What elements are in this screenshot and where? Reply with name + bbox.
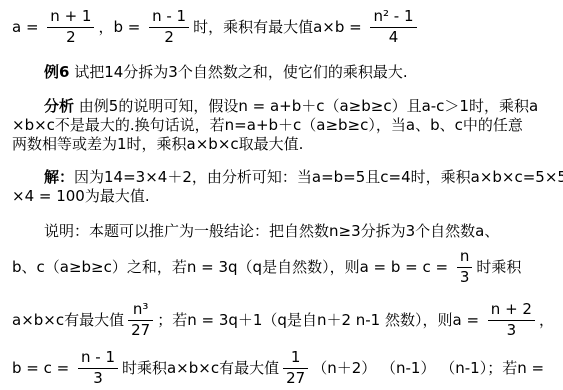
text-run: ，b = [98,18,145,37]
remark-line-1: 说明：本题可以推广为一般结论：把自然数n≥3分拆为3个自然数a、 [12,222,557,241]
fraction: n + 12 [47,9,94,46]
text-run: 两数相等或差为1时，乘积a×b×c取最大值. [12,135,303,154]
text-run: b = c = [12,359,74,378]
text-run: 试把14分拆为3个自然数之和，使它们的乘积最大. [69,63,407,82]
fraction-denominator: 3 [504,321,520,339]
analysis-line-3: 两数相等或差为1时，乘积a×b×c取最大值. [12,135,557,154]
example6-heading-line: 例6 试把14分拆为3个自然数之和，使它们的乘积最大. [12,63,557,82]
bold-label: 例6 [44,63,69,82]
fraction: n3 [457,249,473,286]
bold-label: 解： [44,168,74,187]
fraction-numerator: n [457,249,473,267]
fraction-denominator: 2 [161,28,177,46]
fraction-numerator: n - 1 [149,9,189,27]
fraction-numerator: n² - 1 [370,9,416,27]
fraction-denominator: 4 [386,28,402,46]
formula-line-ab-max: a = n + 12，b = n - 12时，乘积有最大值a×b = n² - … [12,4,557,50]
text-run: 时，乘积有最大值a×b = [193,18,366,37]
text-run: 时乘积 [476,258,521,277]
solution-line-1: 解：因为14=3×4＋2，由分析可知：当a=b=5且c=4时，乘积a×b×c=5… [12,168,557,187]
analysis-line-2: ×b×c不是最大的.换句话说，若n=a+b＋c（a≥b≥c），当a、b、c中的任… [12,116,557,135]
text-run: ， [539,311,554,330]
fraction: 127 [283,350,308,387]
fraction-denominator: 3 [457,268,473,286]
fraction-numerator: 1 [288,350,304,368]
solution-line-2: ×4 = 100为最大值. [12,187,557,206]
math-document-page: a = n + 12，b = n - 12时，乘积有最大值a×b = n² - … [0,0,563,390]
bold-label: 分析 [44,97,74,116]
fraction-denominator: 2 [63,28,79,46]
text-run: 由例5的说明可知，假设n = a+b＋c（a≥b≥c）且a-c＞1时，乘积a [74,97,538,116]
fraction: n³27 [128,302,153,339]
text-run: a×b×c有最大值 [12,311,124,330]
remark-line-4: b = c = n - 13时乘积a×b×c有最大值127（n＋2） （n-1）… [12,345,557,390]
fraction-numerator: n³ [130,302,152,320]
text-run: 因为14=3×4＋2，由分析可知：当a=b=5且c=4时，乘积a×b×c=5×5 [74,168,563,187]
fraction: n - 12 [149,9,189,46]
text-run: ×4 = 100为最大值. [12,187,150,206]
text-run: 说明：本题可以推广为一般结论：把自然数n≥3分拆为3个自然数a、 [44,222,499,241]
text-run: ×b×c不是最大的.换句话说，若n=a+b＋c（a≥b≥c），当a、b、c中的任… [12,116,523,135]
text-run: （n＋2） （n-1） （n-1）；若n = [312,359,544,378]
analysis-line-1: 分析 由例5的说明可知，假设n = a+b＋c（a≥b≥c）且a-c＞1时，乘积… [12,97,557,116]
fraction: n + 23 [488,302,535,339]
fraction-denominator: 3 [90,369,106,387]
fraction: n² - 14 [370,9,416,46]
fraction-denominator: 27 [283,369,308,387]
text-run: 时乘积a×b×c有最大值 [122,359,279,378]
math-document-body: a = n + 12，b = n - 12时，乘积有最大值a×b = n² - … [12,4,557,390]
text-run: ；若n = 3q＋1（q是自n＋2 n-1 然数），则a = [157,311,484,330]
fraction-numerator: n + 2 [488,302,535,320]
fraction: n - 13 [78,350,118,387]
text-run: b、c（a≥b≥c）之和，若n = 3q（q是自然数），则a = b = c = [12,258,453,277]
remark-line-3: a×b×c有最大值n³27；若n = 3q＋1（q是自n＋2 n-1 然数），则… [12,297,557,343]
fraction-numerator: n + 1 [47,9,94,27]
fraction-denominator: 27 [128,321,153,339]
remark-line-2: b、c（a≥b≥c）之和，若n = 3q（q是自然数），则a = b = c =… [12,244,557,290]
text-run: a = [12,18,43,37]
fraction-numerator: n - 1 [78,350,118,368]
